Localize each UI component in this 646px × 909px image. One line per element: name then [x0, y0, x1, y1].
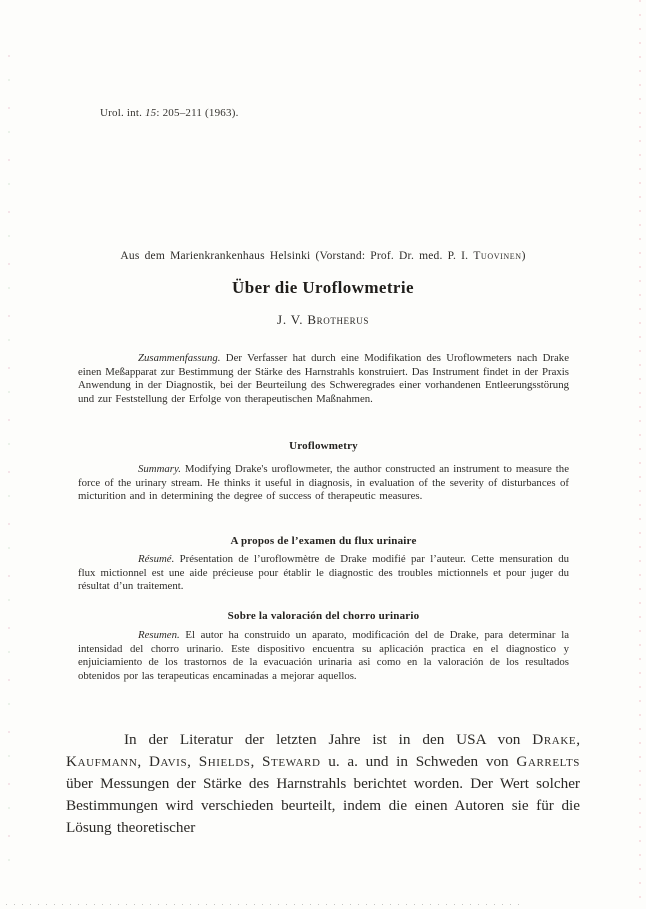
scan-noise-right-edge [639, 0, 641, 909]
scanned-paper-page: Urol. int. 15: 205–211 (1963). Aus dem M… [0, 0, 646, 909]
abstract-spanish: Resumen. El autor ha construido un apara… [78, 629, 569, 684]
journal-reference: Urol. int. 15: 205–211 (1963). [100, 106, 239, 120]
scan-noise-bottom-line [6, 904, 521, 905]
heading-french-abstract: A propos de l’examen du flux urinaire [78, 535, 569, 547]
abstract-english: Summary. Modifying Drake's uroflowmeter,… [78, 463, 569, 504]
heading-spanish-abstract: Sobre la valoración del chorro urinario [78, 610, 569, 622]
heading-english-abstract: Uroflowmetry [78, 440, 569, 452]
body-paragraph: In der Literatur der letzten Jahre ist i… [66, 729, 580, 839]
author-name: J. V. Brotherus [0, 312, 646, 328]
abstract-german: Zusammenfassung. Der Verfasser hat durch… [78, 352, 569, 407]
article-title: Über die Uroflowmetrie [0, 278, 646, 298]
scan-noise-left-edge [8, 55, 10, 885]
abstract-french: Résumé. Présentation de l’uroflowmètre d… [78, 553, 569, 594]
affiliation-line: Aus dem Marienkrankenhaus Helsinki (Vors… [40, 249, 606, 263]
